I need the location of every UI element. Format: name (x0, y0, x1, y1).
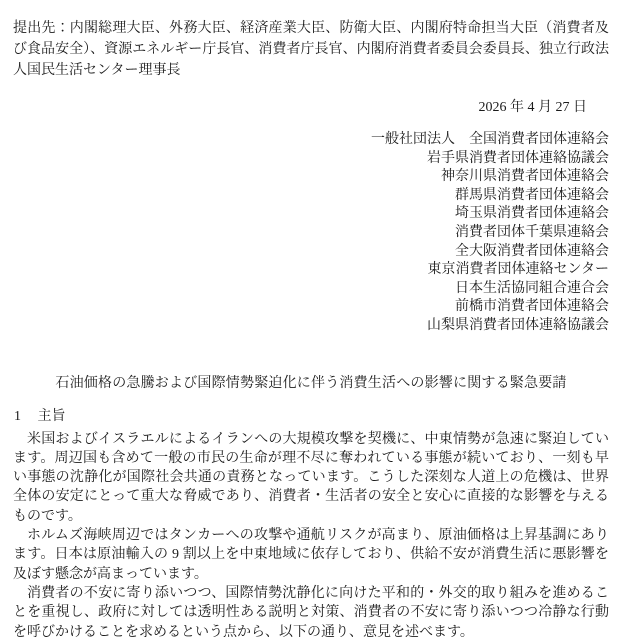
signatory-item: 前橋市消費者団体連絡会 (13, 298, 609, 317)
signatory-item: 山梨県消費者団体連絡協議会 (13, 317, 609, 336)
date-line: 2026 年 4 月 27 日 (13, 98, 587, 118)
body-paragraph: 米国およびイスラエルによるイランへの大規模攻撃を契機に、中東情勢が急速に緊迫して… (13, 430, 609, 526)
body-paragraph: ホルムズ海峡周辺ではタンカーへの攻撃や通航リスクが高まり、原油価格は上昇基調にあ… (13, 526, 609, 584)
section-heading: 1 主旨 (13, 407, 609, 427)
recipients-line: 提出先：内閣総理大臣、外務大臣、経済産業大臣、防衛大臣、内閣府特命担当大臣（消費… (13, 18, 609, 81)
section-number: 1 (14, 409, 21, 424)
signatory-item: 日本生活協同組合連合会 (13, 280, 609, 299)
signatory-item: 神奈川県消費者団体連絡会 (13, 168, 609, 187)
signatory-item: 一般社団法人 全国消費者団体連絡会 (13, 131, 609, 150)
section-heading-label: 主旨 (38, 409, 66, 424)
document-title: 石油価格の急騰および国際情勢緊迫化に伴う消費生活への影響に関する緊急要請 (13, 374, 609, 394)
body-paragraphs: 米国およびイスラエルによるイランへの大規模攻撃を契機に、中東情勢が急速に緊迫して… (13, 430, 609, 637)
signatory-item: 東京消費者団体連絡センター (13, 261, 609, 280)
signatory-item: 群馬県消費者団体連絡会 (13, 187, 609, 206)
body-paragraph: 消費者の不安に寄り添いつつ、国際情勢沈静化に向けた平和的・外交的取り組みを進める… (13, 584, 609, 637)
signatory-item: 消費者団体千葉県連絡会 (13, 224, 609, 243)
signatory-item: 全大阪消費者団体連絡会 (13, 243, 609, 262)
signatory-item: 岩手県消費者団体連絡協議会 (13, 150, 609, 169)
signatory-list: 一般社団法人 全国消費者団体連絡会岩手県消費者団体連絡協議会神奈川県消費者団体連… (13, 131, 609, 336)
signatory-item: 埼玉県消費者団体連絡会 (13, 205, 609, 224)
document-page: 提出先：内閣総理大臣、外務大臣、経済産業大臣、防衛大臣、内閣府特命担当大臣（消費… (0, 0, 622, 637)
